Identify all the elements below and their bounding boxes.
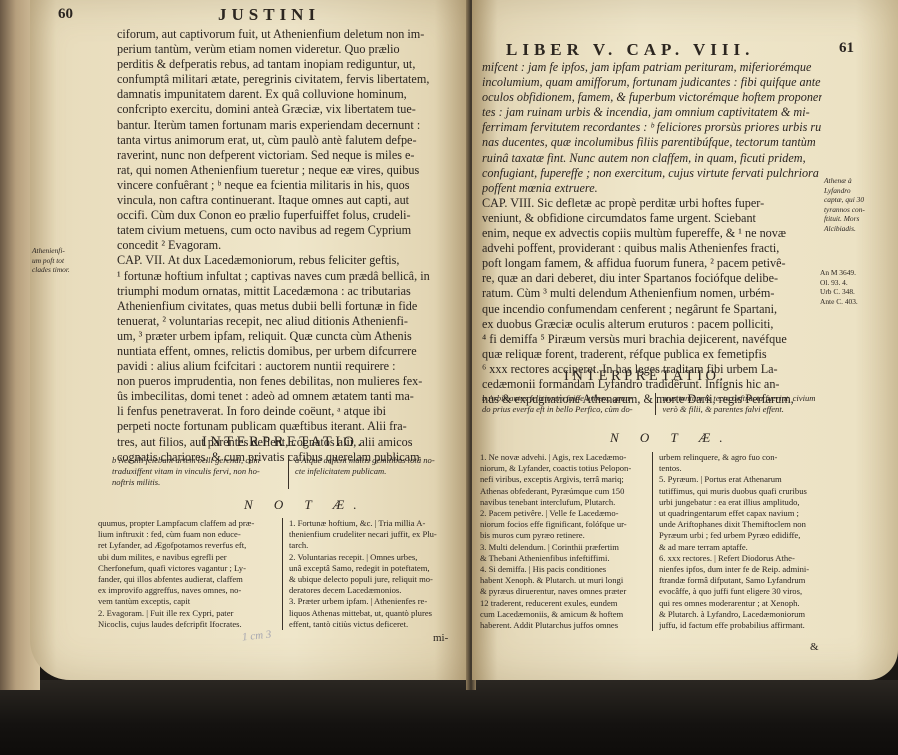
text-line: perpeti nocte fortunam publicam quæftibu… xyxy=(117,419,469,434)
text-line: quæ reliquæ forent, traderent, réfque pu… xyxy=(482,347,822,362)
left-page: 60 JUSTINI Athenienfi- um poft tot clade… xyxy=(30,0,470,680)
text-line: occifi. Cùm dux Conon eo prælio fuperfui… xyxy=(117,208,469,223)
note-line: effent, tantò citiùs victus deficeret. xyxy=(289,619,467,630)
text-line: ratum. Cùm ³ multi delendum Athenienfium… xyxy=(482,286,822,301)
note-line: & Thebani Athenienfibus infeftiffimi. xyxy=(480,553,646,564)
text-line: tes : jam ruinam urbis & incendia, jam o… xyxy=(482,105,822,120)
note-line: unde Ariftophanes dixit Themiftoclem non xyxy=(659,519,819,530)
note-line: niorum focios effe fignificant, folófque… xyxy=(480,519,646,530)
text-line: um, ³ præter urbem ipfam, reliquit. Quæ … xyxy=(117,329,469,344)
text-line: ¹ fortunæ hoftium infultat ; captivas na… xyxy=(117,269,469,284)
note-line: tentos. xyxy=(659,463,819,474)
note-line: 2. Evagoram. | Fuit ille rex Cypri, pate… xyxy=(98,608,276,619)
text-line: enim, neque ex advectis copiis multùm fu… xyxy=(482,226,822,241)
notae-col-1: quumus, propter Lampfacum claffem ad præ… xyxy=(98,518,276,630)
page-number: 61 xyxy=(839,40,854,57)
text-line: ciforum, aut captivorum fuit, ut Athenie… xyxy=(117,27,469,42)
note-line: tutiffimus, qui muris duobus quafi cruri… xyxy=(659,486,819,497)
text-line: concedit ² Evagoram. xyxy=(117,238,469,253)
text-line: CAP. VIII. Sic defletæ ac propè perditæ … xyxy=(482,196,822,211)
margin-note: Athenienfi- um poft tot clades timor. xyxy=(32,246,70,275)
note-line: 5. Pyræum. | Portus erat Athenarum xyxy=(659,474,819,485)
interpretatio-heading: INTERPRETATIO. xyxy=(202,434,365,451)
note-line: ftrandæ formâ difputant, Samo Lyfandrum xyxy=(659,575,819,586)
interpretatio-heading: INTERPRETATIO. xyxy=(564,368,727,385)
interpretatio-col-2: mus tantùm & tecta deftructa fuerint, ci… xyxy=(662,393,822,415)
text-line: confugiant, fupereffe ; non exercitum, c… xyxy=(482,166,822,181)
note-line: ret Lyfander, ad Ægofpotamos reverfus ef… xyxy=(98,540,276,551)
text-line: bantur. Iterùm tamen fortunam maris expe… xyxy=(117,118,469,133)
text-line: incolumium, quam amifforum, fortunam jud… xyxy=(482,75,822,90)
catchword: mi- xyxy=(433,632,448,644)
text-line: perditis & defperatis rebus, ad tantam i… xyxy=(117,57,469,72)
interpretatio-col-1: b Nec illi fciebant artem belli gerendi,… xyxy=(112,455,282,489)
text-line: triumphi modum ornatas, mittit Lacedæmon… xyxy=(117,284,469,299)
note-line: ex improvifo aggreffus, naves omnes, no- xyxy=(98,585,276,596)
text-line: pavidi : alius alium fcifcitari : auctor… xyxy=(117,359,469,374)
text-line: vincula, non caftra continuerant. Itaque… xyxy=(117,193,469,208)
note-line: quumus, propter Lampfacum claffem ad præ… xyxy=(98,518,276,529)
catchword: & xyxy=(810,641,819,653)
column-rule xyxy=(282,518,283,630)
text-line: nas ducentes, quæ incolumibus filiis par… xyxy=(482,135,822,150)
note-line: cum Lacedæmoniis, & amicum & hoftem xyxy=(480,609,646,620)
note-line: 12 traderent, reducerent exules, eundem xyxy=(480,598,646,609)
note-line: Athenas obfederant, Pyræúmque cum 150 xyxy=(480,486,646,497)
note-line: 2. Voluntarias recepit. | Omnes urbes, xyxy=(289,552,467,563)
text-line: ex duobus Græciæ oculis alterum eruturos… xyxy=(482,317,822,332)
column-rule xyxy=(288,455,289,489)
text-line: oculos obfidionem, famem, & fuperbum vic… xyxy=(482,90,822,105)
note-line: Cherfonefum, quafi victores vagantur ; L… xyxy=(98,563,276,574)
main-text: mifcent : jam fe ipfos, jam ipfam patria… xyxy=(482,60,822,407)
text-line: poffent mœnia extruere. xyxy=(482,181,822,196)
note-line: urbi jungebatur : ea erat illius amplitu… xyxy=(659,497,819,508)
text-line: ferrimam fervitutem recordantes : ᵇ feli… xyxy=(482,120,822,135)
note-line: & ubique delecto populi jure, reliquit m… xyxy=(289,574,467,585)
running-head: JUSTINI xyxy=(218,5,320,25)
interpretatio-columns: b Arbitrantes feliciorem fuiffe urbem, q… xyxy=(482,393,822,415)
text-line: ruinâ taxatæ fint. Nunc autem non claffe… xyxy=(482,151,822,166)
note-line: Pyræum urbi ; fed urbem Pyræo edidiffe, xyxy=(659,530,819,541)
note-line: tarch. xyxy=(289,540,467,551)
margin-note-athens: Athenæ à Lyfandro captæ, qui 30 tyrannos… xyxy=(824,176,865,234)
running-head: LIBER V. CAP. VIII. xyxy=(506,40,754,60)
note-line: qui res omnes moderarentur ; at Xenoph. xyxy=(659,598,819,609)
note-line: Nicoclis, cujus laudes defcripfit Ifocra… xyxy=(98,619,276,630)
notae-columns: quumus, propter Lampfacum claffem ad præ… xyxy=(98,518,470,630)
note-line: nienfes ipfos, dum inter fe de Reip. adm… xyxy=(659,564,819,575)
note-line: lium inftruxit : fed, cùm fuam non educe… xyxy=(98,529,276,540)
text-line: confcripto exercitu, domini anteà Græciæ… xyxy=(117,102,469,117)
note-line: deratores decem Lacedæmonios. xyxy=(289,585,467,596)
margin-note-dates: An M 3649. Ol. 93. 4. Urb C. 348. Ante C… xyxy=(820,268,858,306)
notae-col-1: 1. Ne novæ advehi. | Agis, rex Lacedæmo-… xyxy=(480,452,646,631)
note-line: 1. Ne novæ advehi. | Agis, rex Lacedæmo- xyxy=(480,452,646,463)
text-line: tanta virtus animorum erat, ut, cùm paul… xyxy=(117,133,469,148)
text-line: veniunt, & obfidione circumdatos fame ur… xyxy=(482,211,822,226)
note-line: & Plutarch. à Lyfandro, Lacedæmoniorum xyxy=(659,609,819,620)
note-line: liquos Athenas mittebat, ut, quantò plur… xyxy=(289,608,467,619)
page-number: 60 xyxy=(58,6,73,23)
note-line: 6. xxx rectores. | Refert Diodorus Athe- xyxy=(659,553,819,564)
text-line: ⁴ fi demiffa ⁵ Piræum versùs muri brachi… xyxy=(482,332,822,347)
text-line: li fenfus penetraverat. In foro deinde c… xyxy=(117,404,469,419)
interpretatio-col-2: a Atque deflent multis gemitibus totâ no… xyxy=(295,455,465,489)
main-text: ciforum, aut captivorum fuit, ut Athenie… xyxy=(117,27,469,465)
notae-col-2: urbem relinquere, & agro fuo con-tentos.… xyxy=(659,452,819,631)
text-line: nuntiata effent, omnes, relictis domibus… xyxy=(117,344,469,359)
text-line: non pueros imprudentia, non fenes debili… xyxy=(117,374,469,389)
dark-surface xyxy=(0,680,898,755)
text-line: ûs imbecilitas, domi tenet : adeò ad omn… xyxy=(117,389,469,404)
note-line: navibus tenebant interclufum, Plutarch. xyxy=(480,497,646,508)
note-line: vem tantùm exceptis, capit xyxy=(98,596,276,607)
note-line: fander, qui illos abfentes audierat, cla… xyxy=(98,574,276,585)
note-line: ut quadringentarum effet capax navium ; xyxy=(659,508,819,519)
note-line: unâ exceptâ Samo, redegit in poteftatem, xyxy=(289,563,467,574)
interpretatio-col-1: b Arbitrantes feliciorem fuiffe urbem, q… xyxy=(482,393,649,415)
text-line: mifcent : jam fe ipfos, jam ipfam patria… xyxy=(482,60,822,75)
text-line: Athenienfium civitates, quas metus dubii… xyxy=(117,299,469,314)
text-line: tatem civium metuens, cum octo navibus a… xyxy=(117,223,469,238)
note-line: & pyræus diruerentur, naves omnes præter xyxy=(480,586,646,597)
notae-col-2: 1. Fortunæ hoftium, &c. | Tria millia A-… xyxy=(289,518,467,630)
note-line: thenienfium crudeliter necari juffit, ex… xyxy=(289,529,467,540)
text-line: poft longam famem, & affidua fuorum fune… xyxy=(482,256,822,271)
note-line: haberent. Addit Plutarchus juffos omnes xyxy=(480,620,646,631)
text-line: damnatis impunitatem darent. Ex quâ coll… xyxy=(117,87,469,102)
note-line: 2. Pacem petivêre. | Velle fe Lacedæmo- xyxy=(480,508,646,519)
text-line: rat, qui nomen Athenienfium tueretur ; n… xyxy=(117,163,469,178)
note-line: 3. Præter urbem ipfam. | Athenienfes re- xyxy=(289,596,467,607)
text-line: raverint, nunc non defperent victoriam. … xyxy=(117,148,469,163)
text-line: tenuerat, ² voluntarias recepit, nec ali… xyxy=(117,314,469,329)
note-line: & ad mare terram aptaffe. xyxy=(659,542,819,553)
note-line: 1. Fortunæ hoftium, &c. | Tria millia A- xyxy=(289,518,467,529)
note-line: urbem relinquere, & agro fuo con- xyxy=(659,452,819,463)
right-page: LIBER V. CAP. VIII. 61 mifcent : jam fe … xyxy=(472,0,898,680)
column-rule xyxy=(655,393,656,415)
note-line: 3. Multi delendum. | Corinthii præfertim xyxy=(480,542,646,553)
text-line: re, quæ an dari deberet, diu inter Spart… xyxy=(482,271,822,286)
note-line: habent Xenoph. & Plutarch. ut muri longi xyxy=(480,575,646,586)
note-line: evocâffe, à quo juffi funt eligere 30 vi… xyxy=(659,586,819,597)
column-rule xyxy=(652,452,653,631)
text-line: que incendio confumendam cenferent ; neg… xyxy=(482,302,822,317)
note-line: bis muros cum pyræo retinere. xyxy=(480,530,646,541)
notae-heading: N O T Æ. xyxy=(610,430,732,446)
notae-columns: 1. Ne novæ advehi. | Agis, rex Lacedæmo-… xyxy=(480,452,820,631)
interpretatio-columns: b Nec illi fciebant artem belli gerendi,… xyxy=(112,455,472,489)
notae-heading: N O T Æ. xyxy=(244,497,366,513)
note-line: nefi viribus, exceptis Argivis, terrâ ma… xyxy=(480,474,646,485)
text-line: confumptâ militari ætate, peregrinis civ… xyxy=(117,72,469,87)
text-line: vincere confuêrant ; ᵇ neque ea fcientia… xyxy=(117,178,469,193)
text-line: CAP. VII. At dux Lacedæmoniorum, rebus f… xyxy=(117,253,469,268)
note-line: juffu, id factum effe probabilius affirm… xyxy=(659,620,819,631)
pencil-mark: 1 cm 3 xyxy=(241,629,271,644)
note-line: ubi dum milites, e navibus egrefli per xyxy=(98,552,276,563)
text-line: advehi poffent, providerant : quibus mal… xyxy=(482,241,822,256)
note-line: 4. Si demiffa. | His pacis conditiones xyxy=(480,564,646,575)
text-line: perium tantùm, verùm etiam nomen videret… xyxy=(117,42,469,57)
note-line: niorum, & Lyfander, coactis totius Pelop… xyxy=(480,463,646,474)
